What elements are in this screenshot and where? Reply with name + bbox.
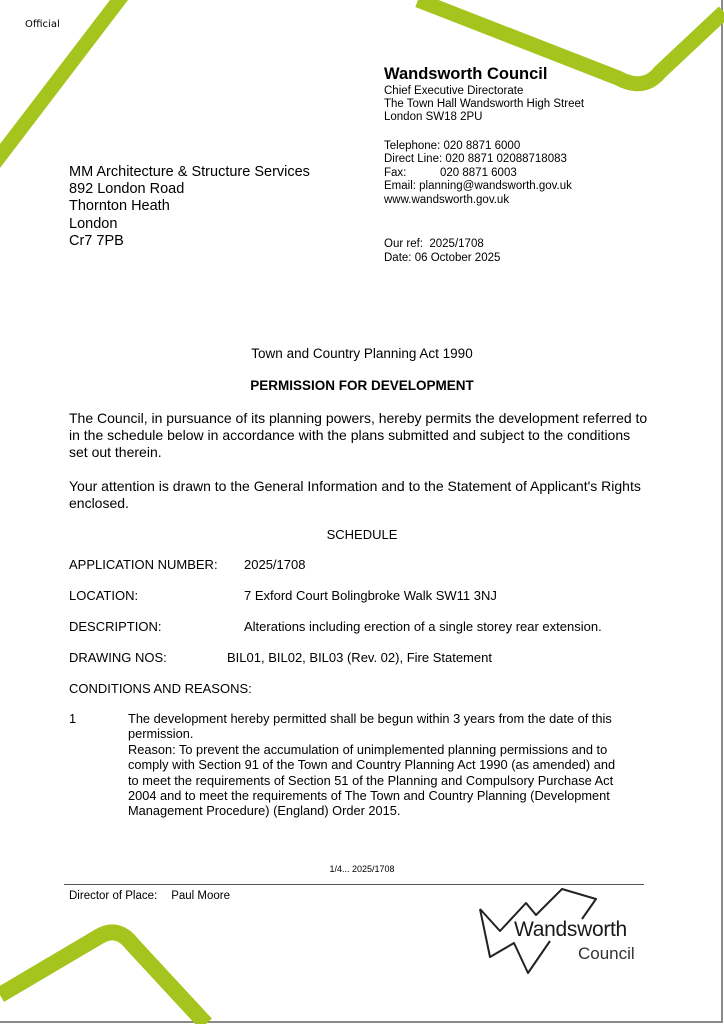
application-number-label: APPLICATION NUMBER: [69, 557, 218, 572]
recipient-line: Thornton Heath [69, 198, 310, 215]
drawing-nos-value: BIL01, BIL02, BIL03 (Rev. 02), Fire Stat… [227, 650, 492, 665]
condition-body: The development hereby permitted shall b… [128, 711, 628, 819]
reference-block: Our ref: 2025/1708 Date: 06 October 2025 [384, 238, 500, 265]
direct-line-value: 020 8871 02088718083 [445, 153, 567, 165]
sender-name: Wandsworth Council [384, 65, 547, 84]
email-link[interactable]: planning@wandsworth.gov.uk [419, 180, 572, 192]
date-value: 06 October 2025 [415, 252, 501, 264]
sender-address-line: London SW18 2PU [384, 111, 584, 124]
our-ref: Our ref: 2025/1708 [384, 238, 500, 252]
schedule-title: SCHEDULE [0, 527, 724, 542]
sender-address-line: Chief Executive Directorate [384, 85, 584, 98]
conditions-label: CONDITIONS AND REASONS: [69, 681, 252, 696]
telephone-value: 020 8871 6000 [443, 140, 520, 152]
our-ref-value: 2025/1708 [429, 238, 483, 250]
condition-reason: Reason: To prevent the accumulation of u… [128, 742, 628, 819]
fax-value: 020 8871 6003 [440, 167, 517, 179]
page-reference: 1/4... 2025/1708 [0, 864, 724, 874]
logo-wordmark: Wandsworth [514, 918, 627, 942]
sender-contact: Telephone: 020 8871 6000 Direct Line: 02… [384, 140, 572, 207]
sender-address: Chief Executive Directorate The Town Hal… [384, 85, 584, 125]
intro-paragraph: The Council, in pursuance of its plannin… [69, 410, 649, 461]
email-line: Email: planning@wandsworth.gov.uk [384, 180, 572, 193]
recipient-address: MM Architecture & Structure Services 892… [69, 164, 310, 250]
classification-label: Official [25, 19, 60, 30]
fax-line: Fax:020 8871 6003 [384, 167, 572, 180]
our-ref-label: Our ref: [384, 238, 423, 250]
condition-text: The development hereby permitted shall b… [128, 711, 628, 742]
green-swoosh-bottom-left [0, 932, 206, 1024]
act-title: Town and Country Planning Act 1990 [0, 346, 724, 361]
fax-label: Fax: [384, 167, 440, 180]
telephone-label: Telephone: [384, 140, 440, 152]
drawing-nos-label: DRAWING NOS: [69, 650, 167, 665]
logo-subtitle: Council [578, 944, 635, 964]
telephone-line: Telephone: 020 8871 6000 [384, 140, 572, 153]
direct-line: Direct Line: 020 8871 02088718083 [384, 153, 572, 166]
direct-line-label: Direct Line: [384, 153, 442, 165]
location-value: 7 Exford Court Bolingbroke Walk SW11 3NJ [244, 588, 497, 603]
recipient-line: Cr7 7PB [69, 233, 310, 250]
letter-date: Date: 06 October 2025 [384, 252, 500, 266]
director-label: Director of Place: [69, 890, 157, 902]
recipient-line: London [69, 216, 310, 233]
email-label: Email: [384, 180, 416, 192]
description-label: DESCRIPTION: [69, 619, 161, 634]
director-line: Director of Place:Paul Moore [69, 890, 230, 902]
website-link[interactable]: www.wandsworth.gov.uk [384, 194, 572, 207]
recipient-line: MM Architecture & Structure Services [69, 164, 310, 181]
attention-paragraph: Your attention is drawn to the General I… [69, 478, 649, 512]
date-label: Date: [384, 252, 412, 264]
application-number-value: 2025/1708 [244, 557, 305, 572]
location-label: LOCATION: [69, 588, 138, 603]
condition-number: 1 [69, 711, 76, 726]
recipient-line: 892 London Road [69, 181, 310, 198]
description-value: Alterations including erection of a sing… [244, 619, 602, 634]
permission-title: PERMISSION FOR DEVELOPMENT [0, 378, 724, 393]
sender-address-line: The Town Hall Wandsworth High Street [384, 98, 584, 111]
green-stripe-top-left [0, 0, 128, 168]
director-name: Paul Moore [171, 890, 230, 902]
